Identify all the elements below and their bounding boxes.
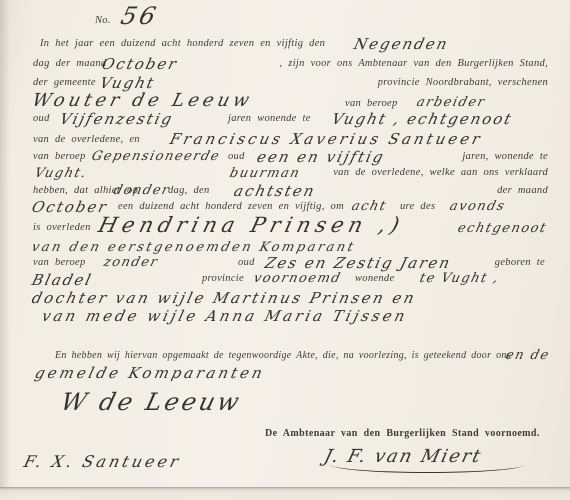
handwritten-weekday: donder: [112, 183, 172, 198]
handwritten-father-text: dochter van wijle Martinus Prinsen en: [30, 289, 418, 307]
handwritten-declarant2-residence: Vught.: [33, 166, 89, 181]
printed-hour-label: ure des: [400, 201, 435, 212]
act-number-value: 56: [118, 2, 162, 30]
printed-occupation2-label: van beroep: [33, 151, 86, 162]
handwritten-declarant1-name: Wouter de Leeuw: [30, 90, 255, 111]
handwritten-birthplace: Bladel: [30, 271, 95, 289]
handwritten-day-part: avonds: [448, 199, 507, 214]
deceased-line: is overleden Hendrina Prinsen ,) echtgen…: [0, 215, 570, 241]
printed-born-label: geboren te: [495, 257, 545, 268]
handwritten-death-hour: acht: [350, 199, 388, 214]
act-number-line: No. 56: [0, 8, 570, 26]
handwritten-deceased-occupation: zonder: [102, 255, 160, 270]
month-line: dag der maand October , zijn voor ons Am…: [0, 58, 570, 76]
handwritten-month: October: [100, 55, 180, 73]
printed-closing-text: En hebben wij hiervan opgemaakt de tegen…: [55, 350, 511, 361]
signature-official-line: J. F. van Miert: [0, 446, 570, 480]
handwritten-declarant2-occupation: Gepensioneerde: [90, 149, 222, 164]
handwritten-deceased-age: Zes en Zestig Jaren: [263, 254, 453, 272]
declarant1-age-line: oud Vijfenzestig jaren wonende te Vught …: [0, 113, 570, 131]
printed-deceased-occupation-label: van beroep: [33, 257, 86, 268]
signature-declarant1-line: W de Leeuw: [0, 388, 570, 422]
year-line: In het jaar een duizend acht honderd zev…: [0, 38, 570, 56]
printed-relation1-text: van de overledene, en: [33, 134, 140, 145]
handwritten-declarant1-occupation: arbeider: [415, 95, 487, 110]
handwritten-closing-komparanten: gemelde Komparanten: [33, 364, 267, 382]
handwritten-declarant1-residence: Vught , echtgenoot: [330, 110, 515, 128]
handwritten-declarant2-relation: buurman: [228, 166, 302, 181]
handwritten-spouse-note: echtgenoot: [456, 221, 549, 236]
printed-official-title: De Ambtenaar van den Burgerlijken Stand …: [265, 428, 540, 439]
official-title-line: De Ambtenaar van den Burgerlijken Stand …: [0, 428, 570, 446]
declarant1-line: Wouter de Leeuw van beroep arbeider: [0, 92, 570, 110]
signature-declarant1: W de Leeuw: [58, 388, 245, 416]
handwritten-closing-ende: en de: [504, 348, 551, 363]
act-number-label: No.: [95, 15, 111, 26]
printed-living-label: wonende: [355, 273, 394, 284]
printed-deceased-label: is overleden: [33, 222, 91, 233]
handwritten-declarant2-name: Franciscus Xaverius Santueer: [168, 130, 485, 148]
printed-day-label: dag, den: [168, 185, 210, 196]
printed-registrar-text: , zijn voor ons Ambtenaar van den Burger…: [279, 58, 548, 69]
printed-declaration-text: van de overledene, welke aan ons verklaa…: [333, 167, 548, 178]
printed-province-text: provincie Noordbrabant, verschenen: [378, 77, 548, 88]
handwritten-mother-text: van mede wijle Anna Maria Tijssen: [40, 307, 410, 325]
handwritten-deceased-residence: te Vught ,: [418, 271, 501, 286]
handwritten-declarant2-age: een en vijftig: [255, 148, 387, 166]
handwritten-spouse-of-text: van den eerstgenoemden Komparant: [30, 240, 357, 255]
printed-age2-label: oud: [228, 151, 245, 162]
mother-line: van mede wijle Anna Maria Tijssen: [0, 309, 570, 327]
handwritten-province-ditto: voornoemd: [252, 271, 343, 286]
printed-age-label: oud: [33, 113, 50, 124]
printed-municipality-label: der gemeente: [33, 77, 96, 88]
signature-flourish: [330, 456, 525, 473]
handwritten-death-day: achtsten: [232, 182, 318, 200]
handwritten-deceased-name: Hendrina Prinsen ,): [96, 213, 407, 237]
handwritten-death-month: October: [30, 198, 110, 216]
printed-deceased-age-label: oud: [238, 257, 255, 268]
printed-residence2-label: jaren, wonende te: [462, 151, 548, 162]
declarant2-line: van de overledene, en Franciscus Xaveriu…: [0, 130, 570, 148]
printed-year-text: In het jaar een duizend acht honderd zev…: [40, 38, 325, 49]
handwritten-day-ordinal: Negenden: [352, 35, 451, 53]
printed-province-label: provincie: [202, 273, 244, 284]
printed-month-label: dag der maand: [33, 58, 106, 69]
handwritten-declarant1-age: Vijfenzestig: [58, 110, 176, 128]
death-record-scan: No. 56 In het jaar een duizend acht hond…: [0, 0, 570, 500]
printed-death-year-text: een duizend acht honderd zeven en vijfti…: [118, 201, 344, 212]
scan-bottom-edge: [0, 487, 570, 500]
printed-residence-label: jaren wonende te: [228, 113, 311, 124]
printed-month2-label: der maand: [497, 185, 548, 196]
closing-clause-line2: gemelde Komparanten: [0, 366, 570, 384]
printed-occupation-label: van beroep: [345, 98, 398, 109]
